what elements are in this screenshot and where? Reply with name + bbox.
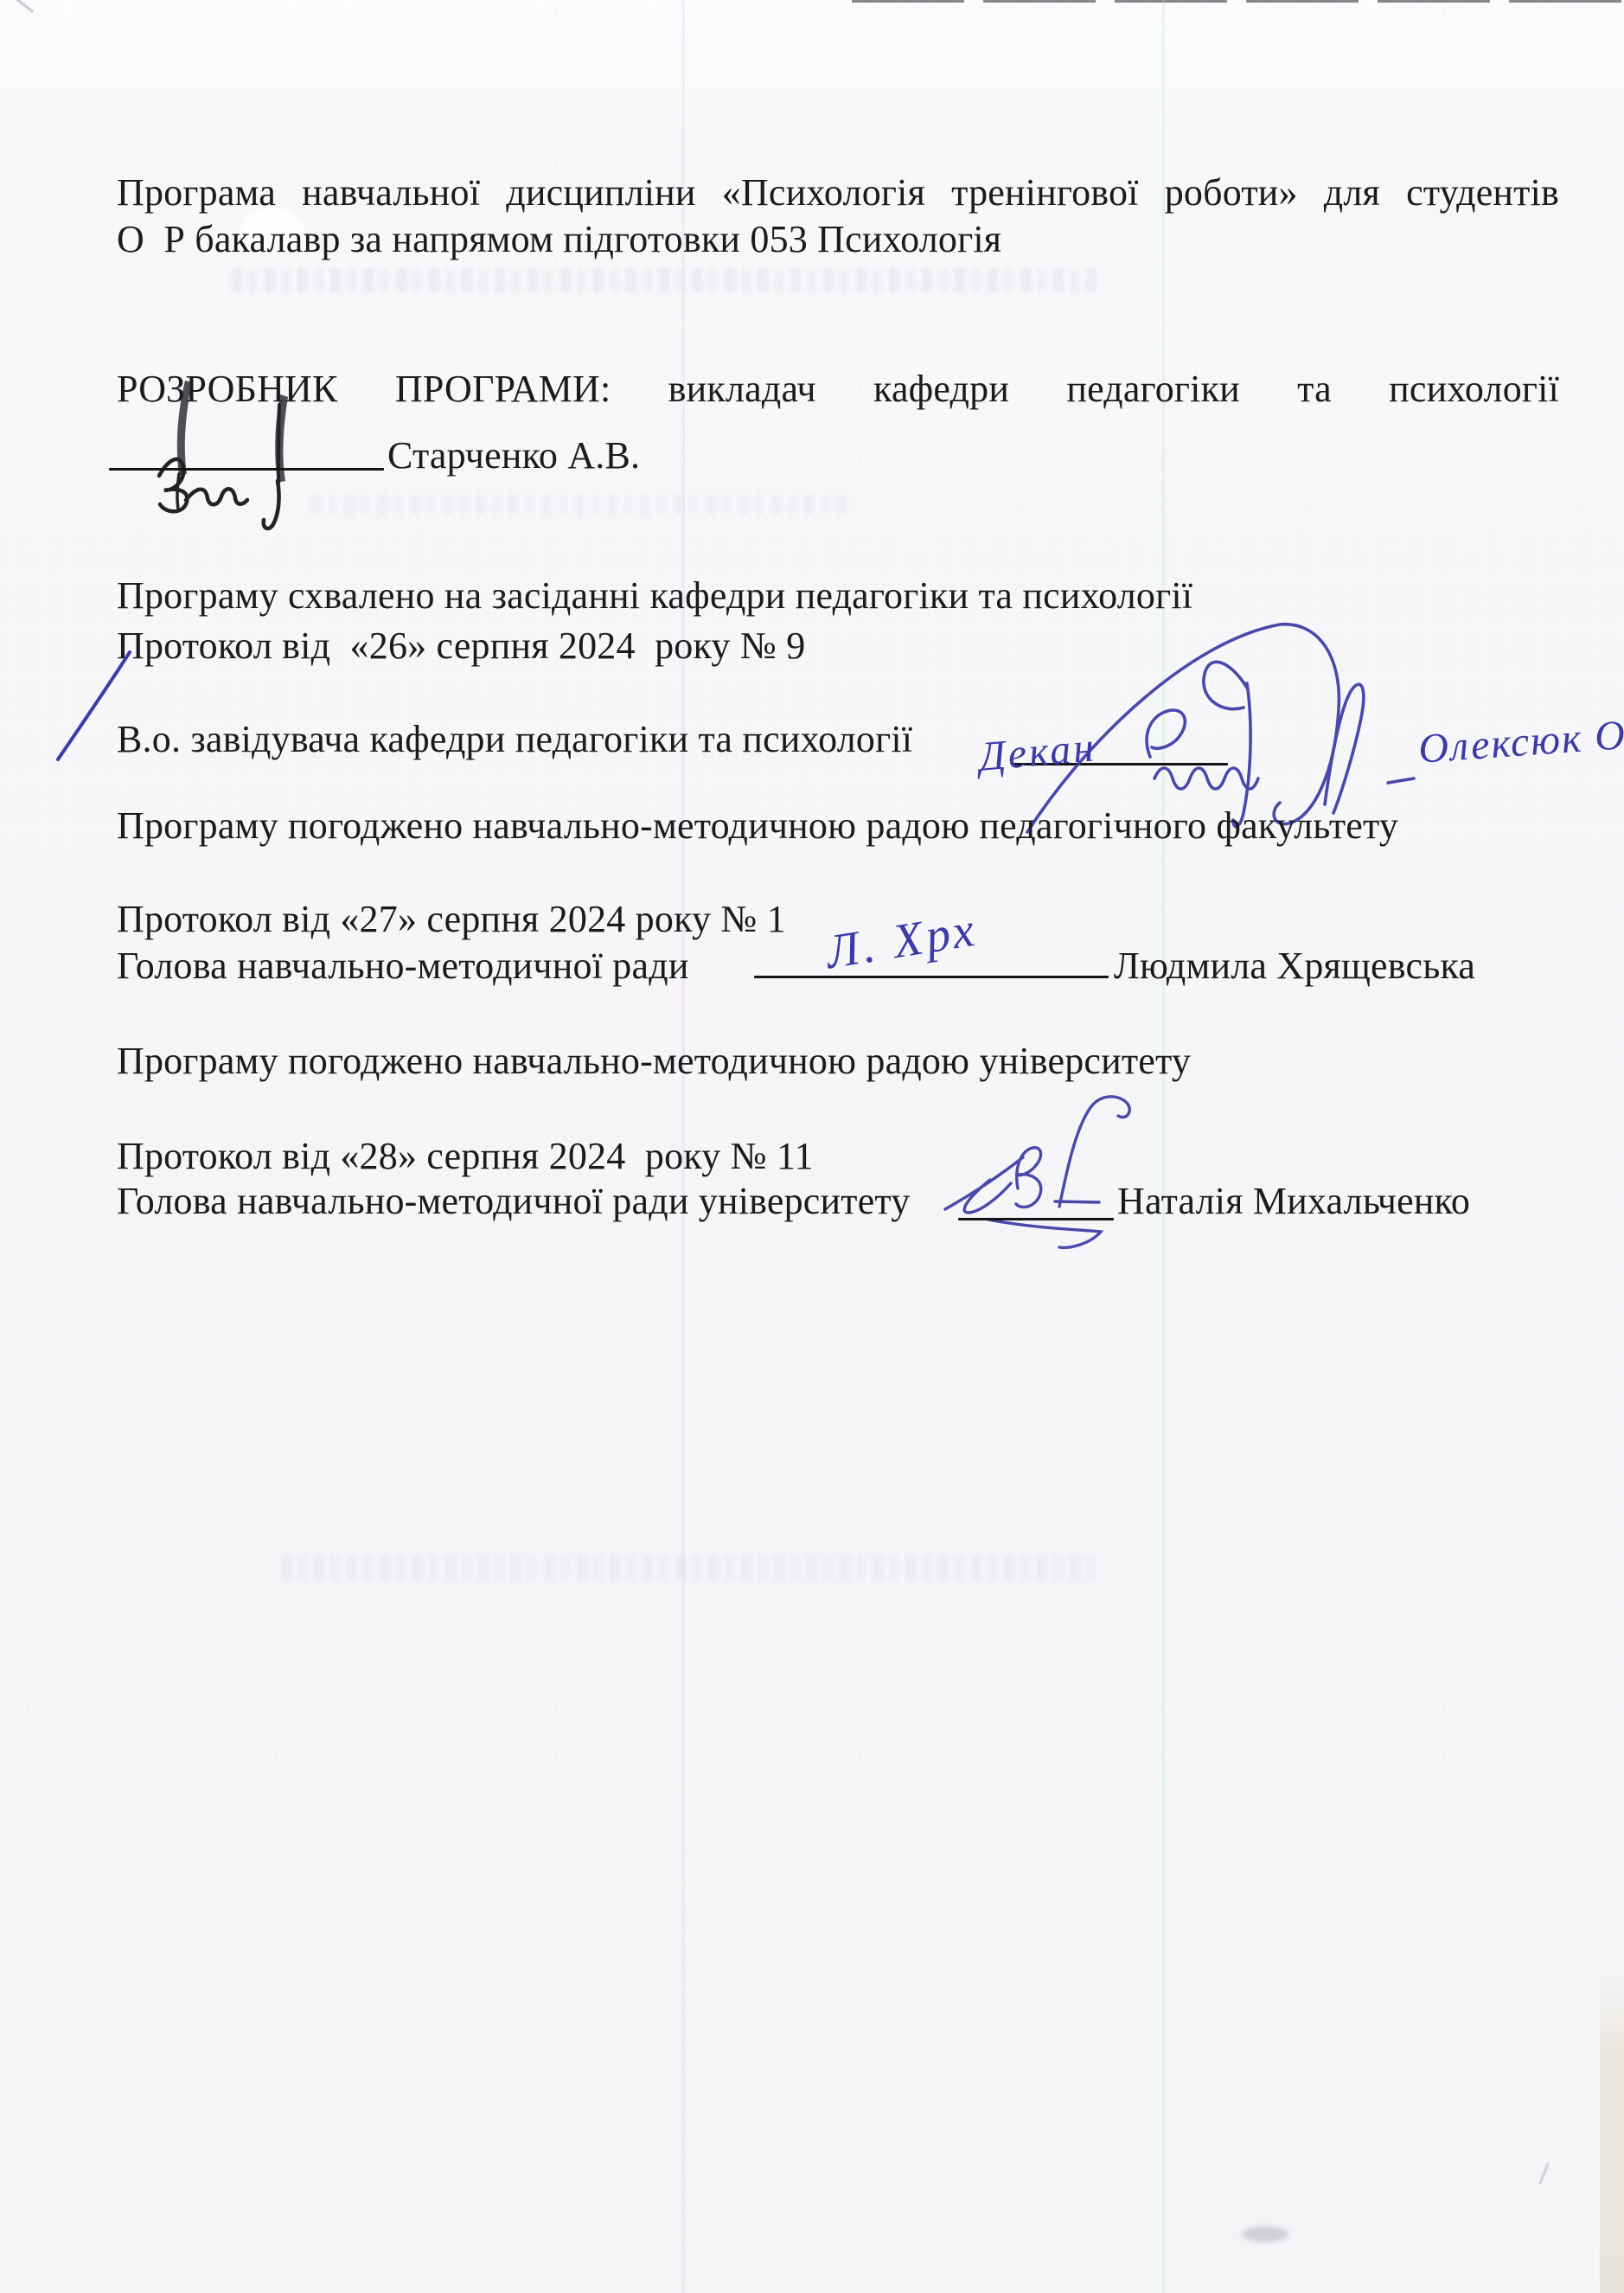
approved-department-signer-role: В.о. завідувача кафедри педагогіки та пс… [117, 716, 912, 763]
developer-signature [102, 370, 405, 530]
scanner-top-edge-line [852, 0, 1624, 3]
agreed-faculty-protocol: Протокол від «27» серпня 2024 року № 1 [117, 896, 786, 943]
handwriting-khr-initials: Л. Хрх [822, 902, 981, 981]
scratch-mark [1538, 2162, 1550, 2184]
smudge-mark [1242, 2226, 1288, 2242]
agreed-university-protocol: Протокол від «28» серпня 2024 року № 11 [117, 1133, 814, 1180]
title-line-2: О Р бакалавр за напрямом підготовки 053 … [117, 216, 1001, 263]
bleedthrough-line-3 [281, 1555, 1103, 1581]
scanned-document-page: Програма навчальної дисципліни «Психолог… [0, 0, 1624, 2293]
agreed-university-signer-name: Наталія Михальченко [1117, 1178, 1470, 1225]
faculty-signature-line [754, 976, 1109, 978]
bleedthrough-line-1 [232, 268, 1097, 292]
agreed-university-signer-role: Голова навчально-методичної ради універс… [117, 1178, 910, 1225]
handwriting-oleksiuk: Олексюк О.М. [1416, 707, 1624, 773]
page-edge-strip [1600, 1972, 1624, 2293]
scanner-streak-mint [1162, 0, 1165, 2293]
title-line-1: Програма навчальної дисципліни «Психолог… [117, 170, 1559, 216]
approved-department-protocol: Протокол від «26» серпня 2024 року № 9 [117, 623, 805, 669]
agreed-university-line-1: Програму погоджено навчально-методичною … [117, 1038, 1191, 1085]
scanner-corner-mark [10, 0, 35, 13]
agreed-faculty-line-1: Програму погоджено навчально-методичною … [117, 803, 1398, 849]
developer-signature-line [109, 468, 384, 471]
agreed-faculty-signer-name: Людмила Хрящевська [1114, 943, 1475, 990]
university-signature-line [958, 1218, 1114, 1220]
agreed-faculty-signer-role: Голова навчально-методичної ради [117, 943, 689, 990]
developer-name: Старченко А.В. [387, 432, 640, 479]
